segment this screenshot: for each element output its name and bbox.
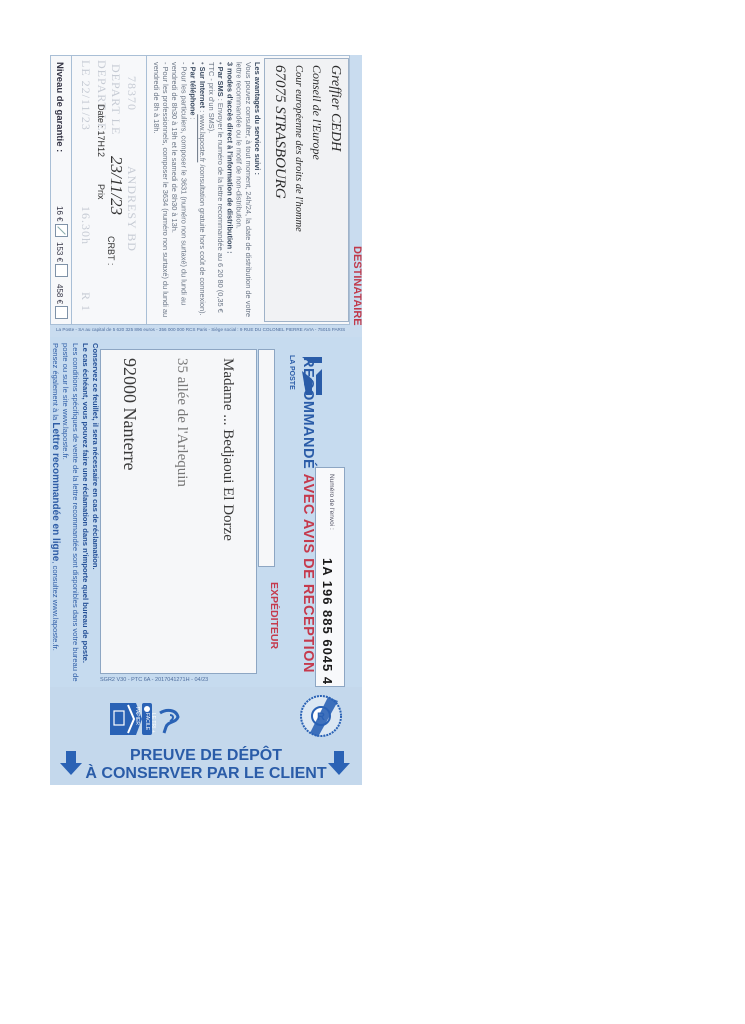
sender-address-box: Madame ... Bedjaoui El Dorze 35 allée de… bbox=[100, 349, 257, 674]
guarantee-option-16: 16 € bbox=[55, 206, 64, 222]
tracking-number-box: Numéro de l'envoi : 1A 196 885 6045 4 bbox=[315, 467, 345, 687]
prix-label: Prix bbox=[96, 184, 106, 200]
crbt-label: CRBT : bbox=[106, 236, 116, 265]
sender-line-1: Madame ... Bedjaoui El Dorze bbox=[219, 358, 236, 541]
deposit-stamp-area: 78370 ANDRESY BD DEPART LE DEPART LE LE … bbox=[72, 56, 147, 324]
laposte-link[interactable]: www.laposte.fr bbox=[198, 114, 207, 162]
stamp-time: 16.30h bbox=[78, 206, 93, 245]
notice-line-1: Conservez ce feuillet, il sera nécessair… bbox=[91, 343, 100, 570]
stamp-date: LE 22/11/23 bbox=[78, 60, 93, 131]
title-avis-reception: AVEC AVIS DE RÉCEPTION bbox=[300, 474, 316, 673]
notice-line-4-prefix: Pensez également à la bbox=[51, 343, 60, 420]
triman-label: LE TRI + FACILE bbox=[144, 713, 156, 739]
tracking-number[interactable]: 1A 196 885 6045 4 bbox=[320, 558, 335, 685]
stamp-postcode: 78370 bbox=[124, 76, 139, 111]
stamp-depart: DEPART LE bbox=[108, 64, 123, 135]
recipient-line-1: Greffier CEDH bbox=[327, 65, 343, 151]
legal-line: La Poste - SA au capital de 5 620 325 89… bbox=[50, 327, 362, 335]
guarantee-checkbox-153[interactable] bbox=[55, 264, 68, 277]
handwritten-date: 23/11/23 bbox=[106, 156, 126, 215]
date-label: Date : 17H12 bbox=[96, 104, 106, 157]
registered-mail-receipt: Niveau de garantie : 16 € 153 € 458 € 78… bbox=[50, 55, 362, 785]
sender-line-3: 92000 Nanterre bbox=[119, 358, 140, 470]
guarantee-checkbox-16[interactable] bbox=[55, 224, 68, 237]
stamp-code: R 1 bbox=[78, 292, 93, 312]
recipient-line-3: Cour européenne des droits de l'homme bbox=[293, 65, 304, 232]
guarantee-label: Niveau de garantie : bbox=[54, 62, 65, 152]
tracking-label: Numéro de l'envoi : bbox=[328, 474, 335, 530]
notice-line-4-suffix: , consultez www.laposte.fr. bbox=[51, 561, 60, 650]
upper-section: Niveau de garantie : 16 € 153 € 458 € 78… bbox=[50, 55, 350, 325]
recipient-address-box: Greffier CEDH Conseil de l'Europe Cour e… bbox=[264, 58, 349, 322]
sms-label: Par SMS bbox=[216, 67, 225, 97]
triman-logo: PAPIER LE TRI + FACILE bbox=[106, 699, 154, 739]
service-heading: Les avantages du service suivi : bbox=[253, 62, 262, 175]
stamp-office: ANDRESY BD bbox=[124, 166, 139, 252]
recipient-line-4: 67075 STRASBOURG bbox=[271, 65, 288, 199]
proof-of-deposit-title: PREUVE DE DÉPÔT À CONSERVER PAR LE CLIEN… bbox=[50, 747, 362, 783]
form-reference: SGR2 V30 - PTC 6A - 2017041271H - 04/23 bbox=[100, 677, 208, 683]
document-title: RECOMMANDÉ AVEC AVIS DE RÉCEPTION bbox=[276, 357, 316, 687]
sender-line-2: 35 allée de l'Arlequin bbox=[173, 358, 190, 487]
paper-label: PAPIER bbox=[134, 707, 140, 725]
service-info-text: Les avantages du service suivi : Vous po… bbox=[146, 56, 264, 324]
guarantee-strip: Niveau de garantie : 16 € 153 € 458 € bbox=[51, 56, 72, 324]
bottom-section: PAPIER LE TRI + FACILE R LETTRE RECOMMAN… bbox=[50, 687, 362, 785]
registered-letter-seal-icon: R bbox=[298, 693, 344, 739]
recipient-line-2: Conseil de l'Europe bbox=[309, 65, 324, 160]
guarantee-checkbox-458[interactable] bbox=[55, 306, 68, 319]
notice-line-2: Le cas échéant, vous pouvez faire une ré… bbox=[81, 343, 90, 663]
guarantee-option-153: 153 € bbox=[55, 242, 64, 262]
notice-line-3: Les conditions spécifiques de vente de l… bbox=[60, 343, 80, 683]
notice-text: Conservez ce feuillet, il sera nécessair… bbox=[52, 343, 100, 683]
notice-line-4-bold: Lettre recommandée en ligne bbox=[50, 422, 61, 561]
internet-label: Sur Internet bbox=[198, 67, 207, 108]
service-intro: Vous pouvez consulter, à tout moment, 24… bbox=[234, 62, 252, 318]
phone-label: Par téléphone bbox=[189, 67, 198, 116]
sms-text: : Envoyer le numéro de la lettre recomma… bbox=[207, 62, 225, 313]
sender-extra-field bbox=[258, 349, 275, 567]
proof-line-2: À CONSERVER PAR LE CLIENT bbox=[50, 765, 362, 783]
proof-line-1: PREUVE DE DÉPÔT bbox=[50, 747, 362, 765]
recycling-hand-icon bbox=[156, 707, 182, 735]
title-recommande: RECOMMANDÉ bbox=[300, 357, 316, 469]
recipient-label: DESTINATAIRE bbox=[349, 196, 363, 326]
internet-text: /consultation gratuite hors coût de conn… bbox=[198, 164, 207, 315]
guarantee-option-458: 458 € bbox=[55, 284, 64, 304]
middle-section: Conservez ce feuillet, il sera nécessair… bbox=[50, 337, 362, 687]
phone-line-2: - Pour les professionnels, composer le 3… bbox=[152, 62, 170, 318]
modes-heading: 3 modes d'accès direct à l'information d… bbox=[225, 62, 234, 254]
sender-label: EXPÉDITEUR bbox=[264, 582, 280, 649]
phone-line-1: - Pour les particuliers, composer le 363… bbox=[170, 62, 188, 318]
